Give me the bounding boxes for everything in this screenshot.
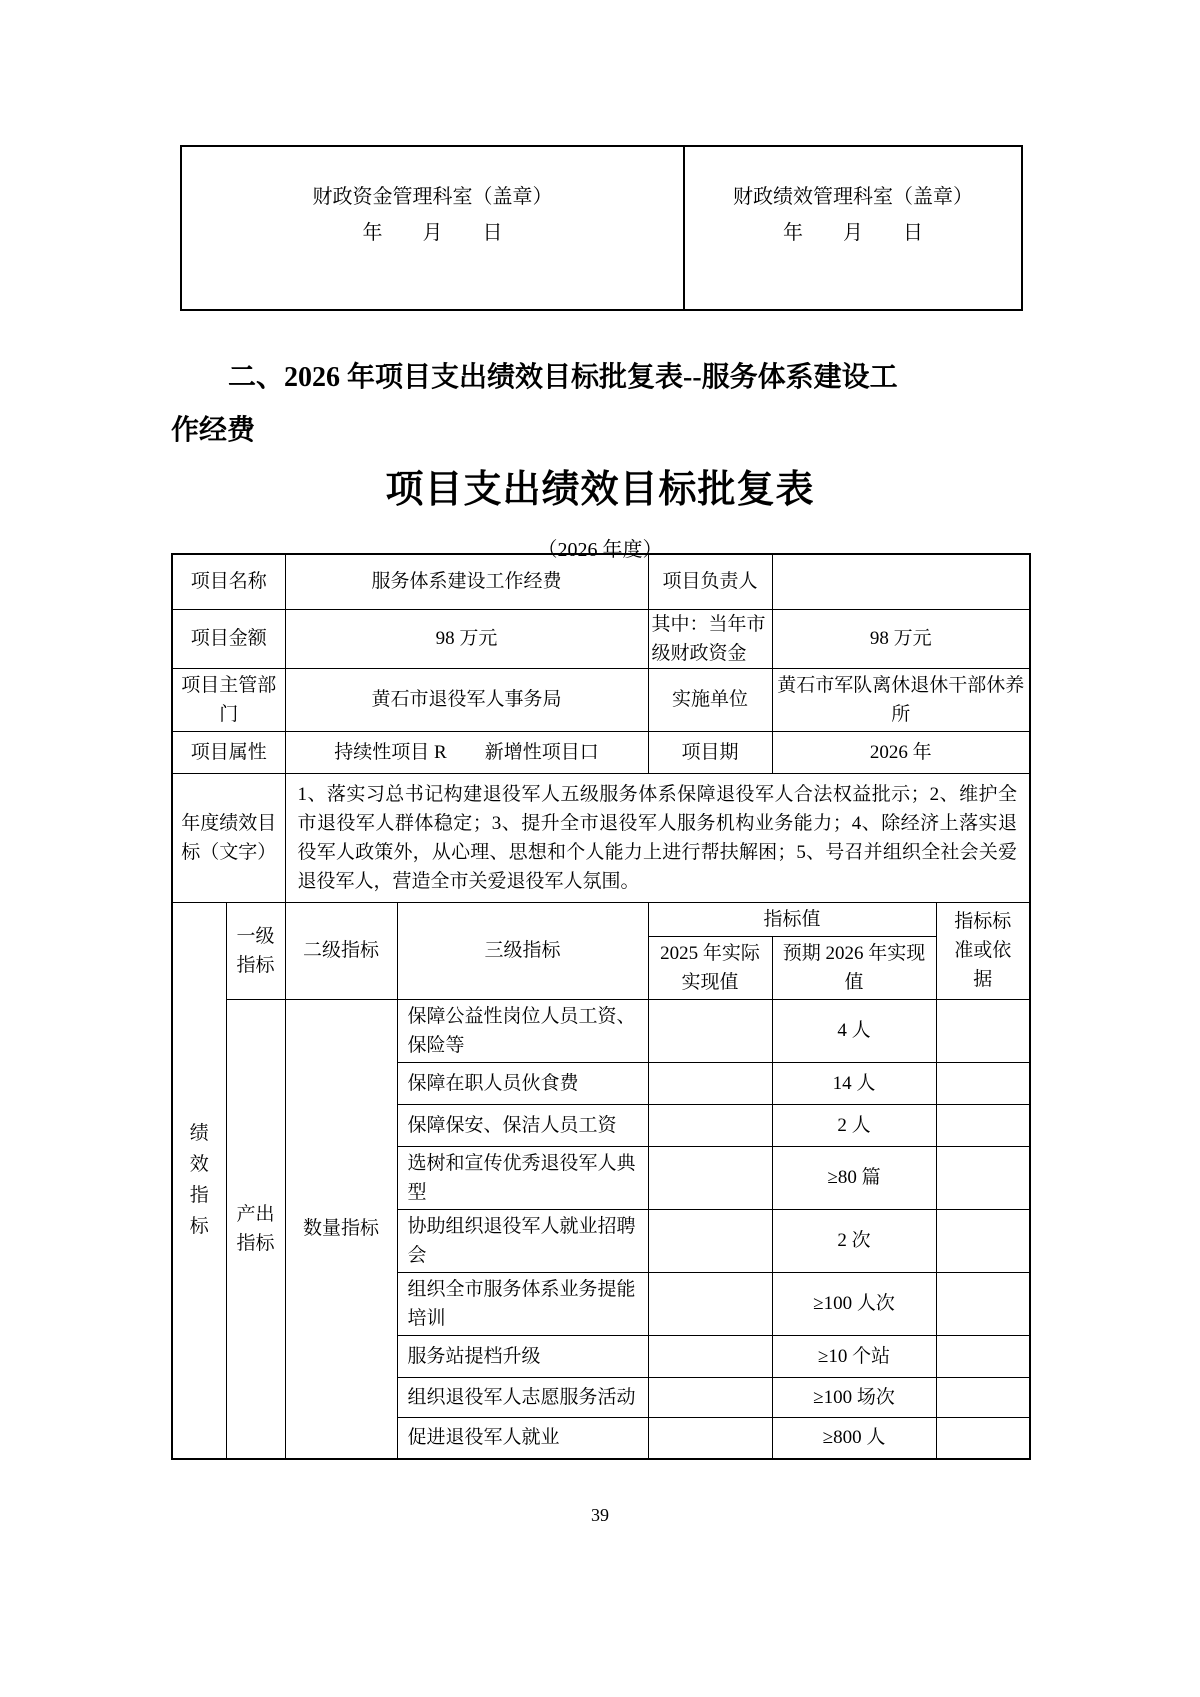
stamp-cell-performance-office: 财政绩效管理科室（盖章） 年 月 日 [684,146,1022,310]
standard-cell [936,1272,1030,1335]
standard-cell [936,1062,1030,1104]
value-2025 [648,1272,772,1335]
project-attribute-label: 项目属性 [172,731,285,773]
annual-goal-text: 1、落实习总书记构建退役军人五级服务体系保障退役军人合法权益批示；2、维护全市退… [285,773,1030,902]
indicator-name: 选树和宣传优秀退役军人典型 [397,1146,648,1209]
value-2025 [648,1417,772,1459]
section-heading: 二、2026 年项目支出绩效目标批复表--服务体系建设工 作经费 [171,351,1031,457]
indicator-name: 协助组织退役军人就业招聘会 [397,1209,648,1272]
project-leader-label: 项目负责人 [648,554,772,609]
stamp-cell-funds-office: 财政资金管理科室（盖章） 年 月 日 [181,146,684,310]
project-name-value: 服务体系建设工作经费 [285,554,648,609]
indicator-name: 保障保安、保洁人员工资 [397,1104,648,1146]
value-2026: ≥80 篇 [772,1146,936,1209]
implementing-unit-label: 实施单位 [648,668,772,731]
value-2026: ≥100 人次 [772,1272,936,1335]
project-leader-value [772,554,1030,609]
project-period-value: 2026 年 [772,731,1030,773]
level1-value: 产出指标 [226,999,285,1459]
header-value-group: 指标值 [648,902,936,936]
section-heading-line2: 作经费 [171,404,1031,457]
indicator-name: 服务站提档升级 [397,1335,648,1377]
value-2025 [648,1146,772,1209]
project-amount-value: 98 万元 [285,609,648,668]
table-row: 项目名称 服务体系建设工作经费 项目负责人 [172,554,1030,609]
value-2025 [648,1335,772,1377]
table-row: 绩效指标 一级指标 二级指标 三级指标 指标值 指标标准或依据 [172,902,1030,936]
city-funds-label: 其中：当年市级财政资金 [648,609,772,668]
value-2026: 4 人 [772,999,936,1062]
value-2025 [648,1104,772,1146]
stamp-date-performance: 年 月 日 [686,215,1020,251]
header-level1: 一级指标 [226,902,285,999]
section-heading-line1: 二、2026 年项目支出绩效目标批复表--服务体系建设工 [171,351,1031,404]
project-period-label: 项目期 [648,731,772,773]
page-number: 39 [0,1505,1200,1526]
standard-cell [936,1146,1030,1209]
indicator-name: 组织退役军人志愿服务活动 [397,1377,648,1417]
header-standard: 指标标准或依据 [936,902,1030,999]
stamp-title-funds: 财政资金管理科室（盖章） [183,179,682,215]
value-2025 [648,1062,772,1104]
header-2025-actual: 2025 年实际实现值 [648,936,772,999]
indicator-row: 产出指标 数量指标 保障公益性岗位人员工资、保险等 4 人 [172,999,1030,1062]
indicator-name: 保障公益性岗位人员工资、保险等 [397,999,648,1062]
standard-cell [936,999,1030,1062]
city-funds-value: 98 万元 [772,609,1030,668]
supervising-dept-value: 黄石市退役军人事务局 [285,668,648,731]
stamp-table: 财政资金管理科室（盖章） 年 月 日 财政绩效管理科室（盖章） 年 月 日 [180,145,1023,311]
value-2026: ≥800 人 [772,1417,936,1459]
document-page: 财政资金管理科室（盖章） 年 月 日 财政绩效管理科室（盖章） 年 月 日 二、… [0,0,1200,1697]
implementing-unit-value: 黄石市军队离休退休干部休养所 [772,668,1030,731]
standard-cell [936,1104,1030,1146]
table-row: 项目属性 持续性项目 R 新增性项目口 项目期 2026 年 [172,731,1030,773]
value-2025 [648,1377,772,1417]
indicator-name: 组织全市服务体系业务提能培训 [397,1272,648,1335]
table-row: 项目金额 98 万元 其中：当年市级财政资金 98 万元 [172,609,1030,668]
supervising-dept-label: 项目主管部门 [172,668,285,731]
value-2026: ≥10 个站 [772,1335,936,1377]
header-level2: 二级指标 [285,902,397,999]
stamp-date-funds: 年 月 日 [183,215,682,251]
standard-cell [936,1377,1030,1417]
table-row: 项目主管部门 黄石市退役军人事务局 实施单位 黄石市军队离休退休干部休养所 [172,668,1030,731]
standard-cell [936,1417,1030,1459]
value-2025 [648,999,772,1062]
stamp-title-performance: 财政绩效管理科室（盖章） [686,179,1020,215]
indicator-name: 促进退役军人就业 [397,1417,648,1459]
value-2026: ≥100 场次 [772,1377,936,1417]
value-2026: 14 人 [772,1062,936,1104]
value-2026: 2 次 [772,1209,936,1272]
level2-value: 数量指标 [285,999,397,1459]
project-attribute-value: 持续性项目 R 新增性项目口 [285,731,648,773]
value-2026: 2 人 [772,1104,936,1146]
standard-cell [936,1335,1030,1377]
performance-target-table: 项目名称 服务体系建设工作经费 项目负责人 项目金额 98 万元 其中：当年市级… [171,553,1031,1460]
header-level3: 三级指标 [397,902,648,999]
annual-goal-label: 年度绩效目标（文字） [172,773,285,902]
stamp-row: 财政资金管理科室（盖章） 年 月 日 财政绩效管理科室（盖章） 年 月 日 [181,146,1022,310]
header-2026-expected: 预期 2026 年实现值 [772,936,936,999]
value-2025 [648,1209,772,1272]
side-label-performance-indicators: 绩效指标 [172,902,226,1459]
project-name-label: 项目名称 [172,554,285,609]
doc-title: 项目支出绩效目标批复表 [171,458,1029,513]
indicator-name: 保障在职人员伙食费 [397,1062,648,1104]
table-row: 年度绩效目标（文字） 1、落实习总书记构建退役军人五级服务体系保障退役军人合法权… [172,773,1030,902]
standard-cell [936,1209,1030,1272]
project-amount-label: 项目金额 [172,609,285,668]
